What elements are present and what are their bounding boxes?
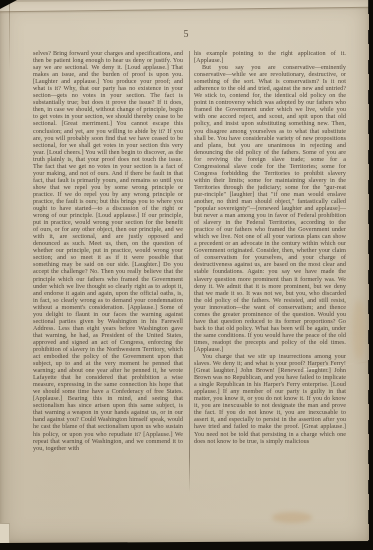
black-corner-top-left <box>0 0 17 9</box>
column-right: his example pointing to the right applic… <box>194 51 346 446</box>
scan-area: 5 selves? Bring forward your charges and… <box>0 0 373 550</box>
paragraph: But you say you are conservative—eminent… <box>194 65 346 354</box>
paragraph: selves? Bring forward your charges and s… <box>33 51 183 453</box>
paper-page: 5 selves? Bring forward your charges and… <box>0 0 369 543</box>
text-block: selves? Bring forward your charges and s… <box>33 51 346 492</box>
scanned-document-page: { "page": { "number": "5", "description"… <box>0 0 373 550</box>
column-divider-rule <box>189 51 190 492</box>
page-number: 5 <box>0 29 373 40</box>
paragraph: You charge that we stir up insurrections… <box>194 354 346 446</box>
scan-edge-right-ragged <box>368 0 370 550</box>
column-left: selves? Bring forward your charges and s… <box>33 51 183 453</box>
paragraph: his example pointing to the right applic… <box>194 51 346 65</box>
foxing-stain-edge <box>352 300 366 360</box>
scan-edge-bottom <box>0 541 373 550</box>
foxing-stain <box>272 512 312 523</box>
